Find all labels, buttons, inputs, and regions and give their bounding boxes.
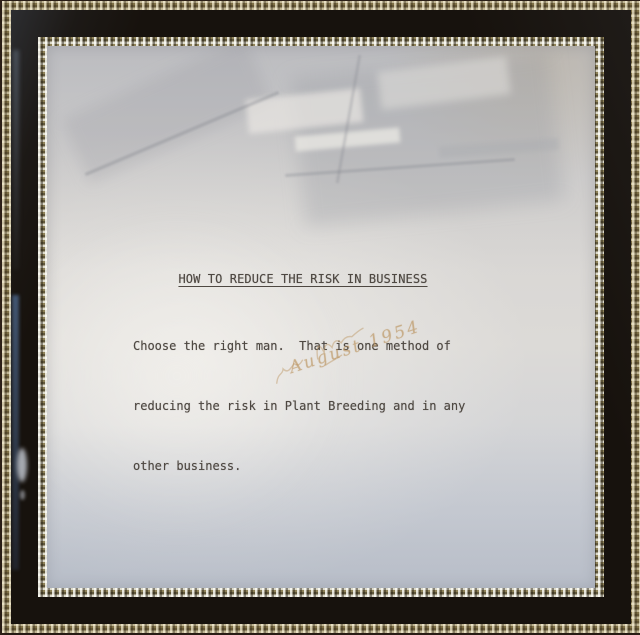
light-fixture-reflection [439,138,560,158]
ceiling-tile-reflection [246,88,364,134]
document-body-line: reducing the risk in Plant Breeding and … [133,395,473,417]
frame-gloss-highlight-left [12,295,19,570]
frame-inner-beaded-trim: HOW TO REDUCE THE RISK IN BUSINESS Choos… [38,37,604,597]
document-body-line: other business. [133,455,473,477]
ceiling-grid-line-reflection [285,158,515,177]
frame-scratch-dot [20,490,25,500]
document-title: HOW TO REDUCE THE RISK IN BUSINESS [133,272,473,286]
ceiling-reflection-dark-patch [290,51,564,227]
ceiling-grid-line-reflection [85,91,279,176]
light-fixture-reflection [295,127,401,151]
ceiling-reflection-band [61,46,272,184]
frame-outer-gold-trim: HOW TO REDUCE THE RISK IN BUSINESS Choos… [2,1,640,633]
ceiling-tile-reflection [377,56,511,110]
photo-of-framed-document: HOW TO REDUCE THE RISK IN BUSINESS Choos… [0,0,640,635]
frame-black-band: HOW TO REDUCE THE RISK IN BUSINESS Choos… [11,10,631,624]
frame-scratch-mark [17,448,27,482]
glass-with-paper: HOW TO REDUCE THE RISK IN BUSINESS Choos… [47,46,595,588]
frame-gloss-highlight-top [13,50,19,270]
ceiling-grid-line-reflection [336,55,362,184]
